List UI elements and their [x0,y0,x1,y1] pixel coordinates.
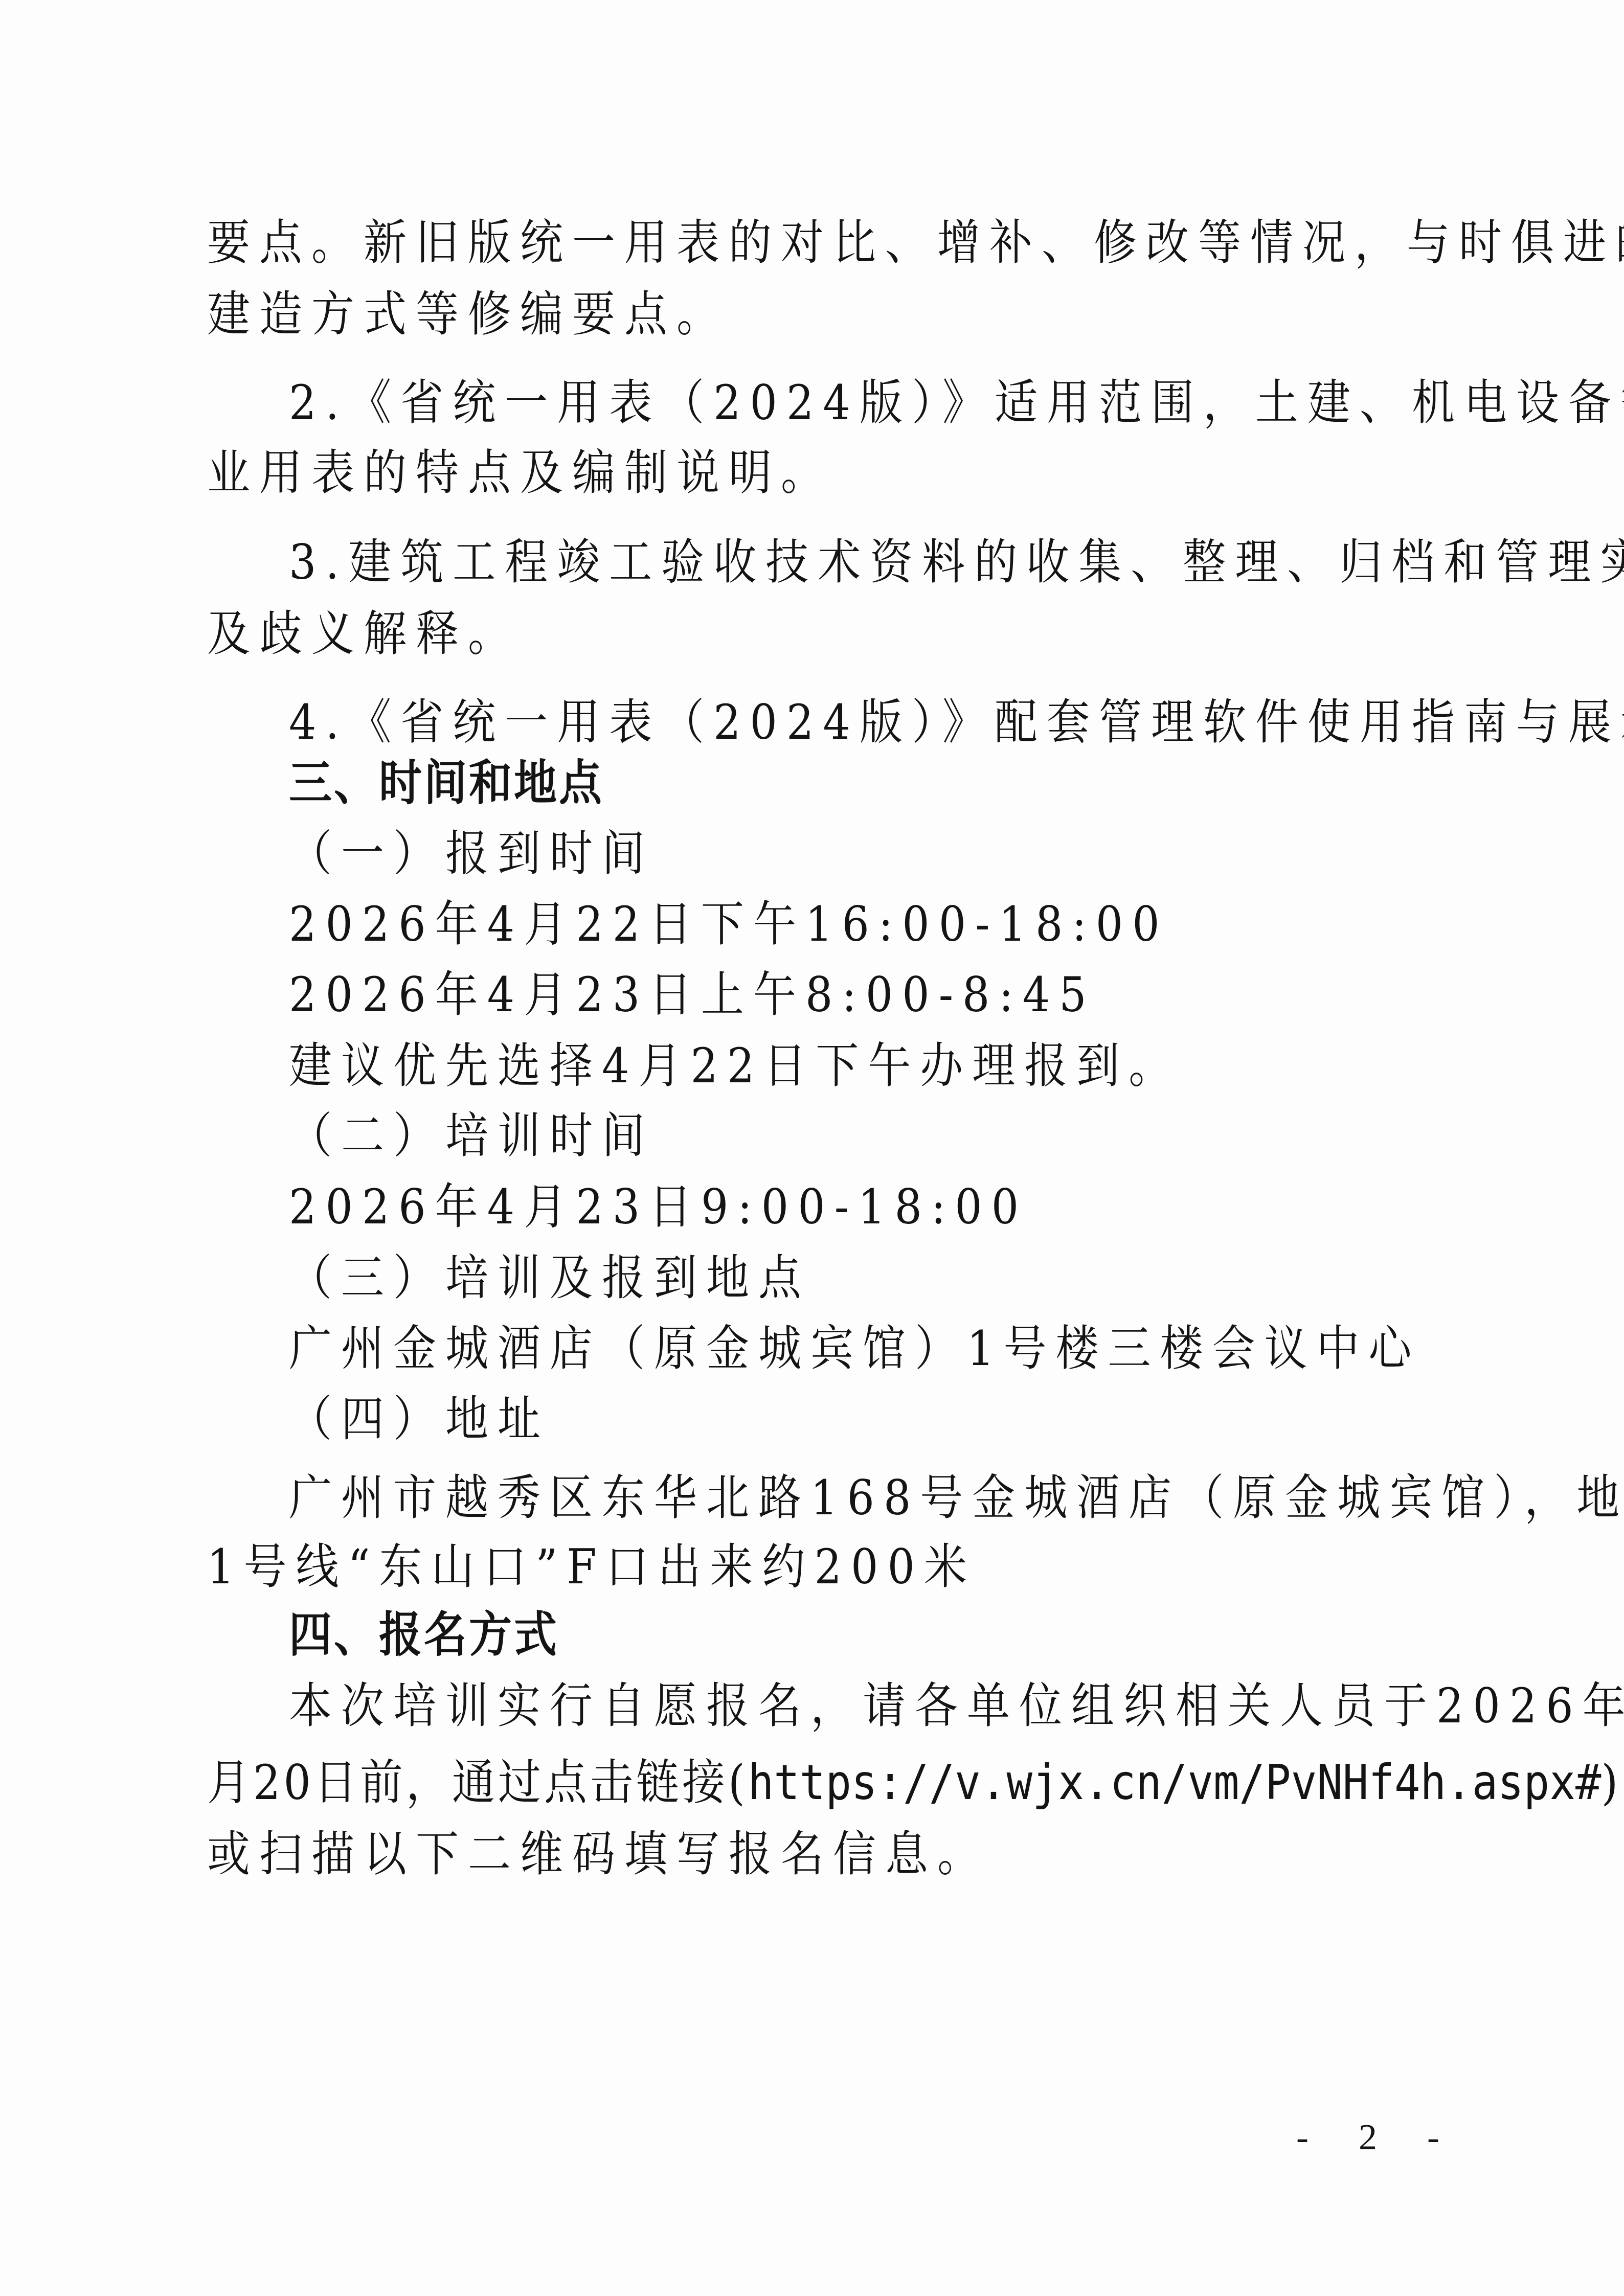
section-heading-registration-method: 四、报名方式 [289,1606,559,1664]
list-item-3-continued: 及歧义解释。 [207,605,520,663]
list-item-4: 4.《省统一用表（2024版）》配套管理软件使用指南与展示等 [289,694,1624,751]
registration-paragraph-line: 本次培训实行自愿报名，请各单位组织相关人员于2026年4 [289,1677,1624,1735]
address-line: 广州市越秀区东华北路168号金城酒店（原金城宾馆），地铁 [289,1469,1624,1527]
subsection-heading-training-time: （二）培训时间 [289,1107,654,1165]
registration-time-line: 2026年4月23日上午8:00-8:45 [289,966,1096,1024]
registration-paragraph-prefix: 月20日前，通过点击链接( [207,1755,748,1811]
document-page: 要点。新旧版统一用表的对比、增补、修改等情况，与时俱进的新 建造方式等修编要点。… [0,0,1624,2296]
venue-line: 广州金城酒店（原金城宾馆）1号楼三楼会议中心 [289,1320,1420,1377]
list-item-3: 3.建筑工程竣工验收技术资料的收集、整理、归档和管理实务 [289,534,1624,591]
registration-link[interactable]: https://v.wjx.cn/vm/PvNHf4h.aspx# [748,1755,1602,1811]
registration-time-line: 2026年4月22日下午16:00-18:00 [289,896,1169,953]
body-text-line: 建造方式等修编要点。 [207,286,729,343]
body-text-line: 要点。新旧版统一用表的对比、增补、修改等情况，与时俱进的新 [207,214,1624,271]
subsection-heading-address: （四）地址 [289,1391,550,1448]
registration-note: 建议优先选择4月22日下午办理报到。 [289,1037,1181,1095]
registration-paragraph-line: 或扫描以下二维码填写报名信息。 [207,1826,989,1883]
subsection-heading-venue: （三）培训及报到地点 [289,1249,810,1307]
list-item-2: 2.《省统一用表（2024版）》适用范围，土建、机电设备等专 [289,374,1624,431]
section-heading-time-and-place: 三、时间和地点 [289,755,604,812]
training-time-line: 2026年4月23日9:00-18:00 [289,1178,1028,1236]
page-number: - 2 - [1296,2117,1460,2157]
list-item-2-continued: 业用表的特点及编制说明。 [207,444,833,502]
subsection-heading-registration-time: （一）报到时间 [289,825,654,882]
registration-paragraph-suffix: ) [1602,1755,1621,1811]
registration-paragraph-line: 月20日前，通过点击链接(https://v.wjx.cn/vm/PvNHf4h… [207,1754,1621,1811]
address-line-continued: 1号线“东山口”F口出来约200米 [207,1538,976,1596]
